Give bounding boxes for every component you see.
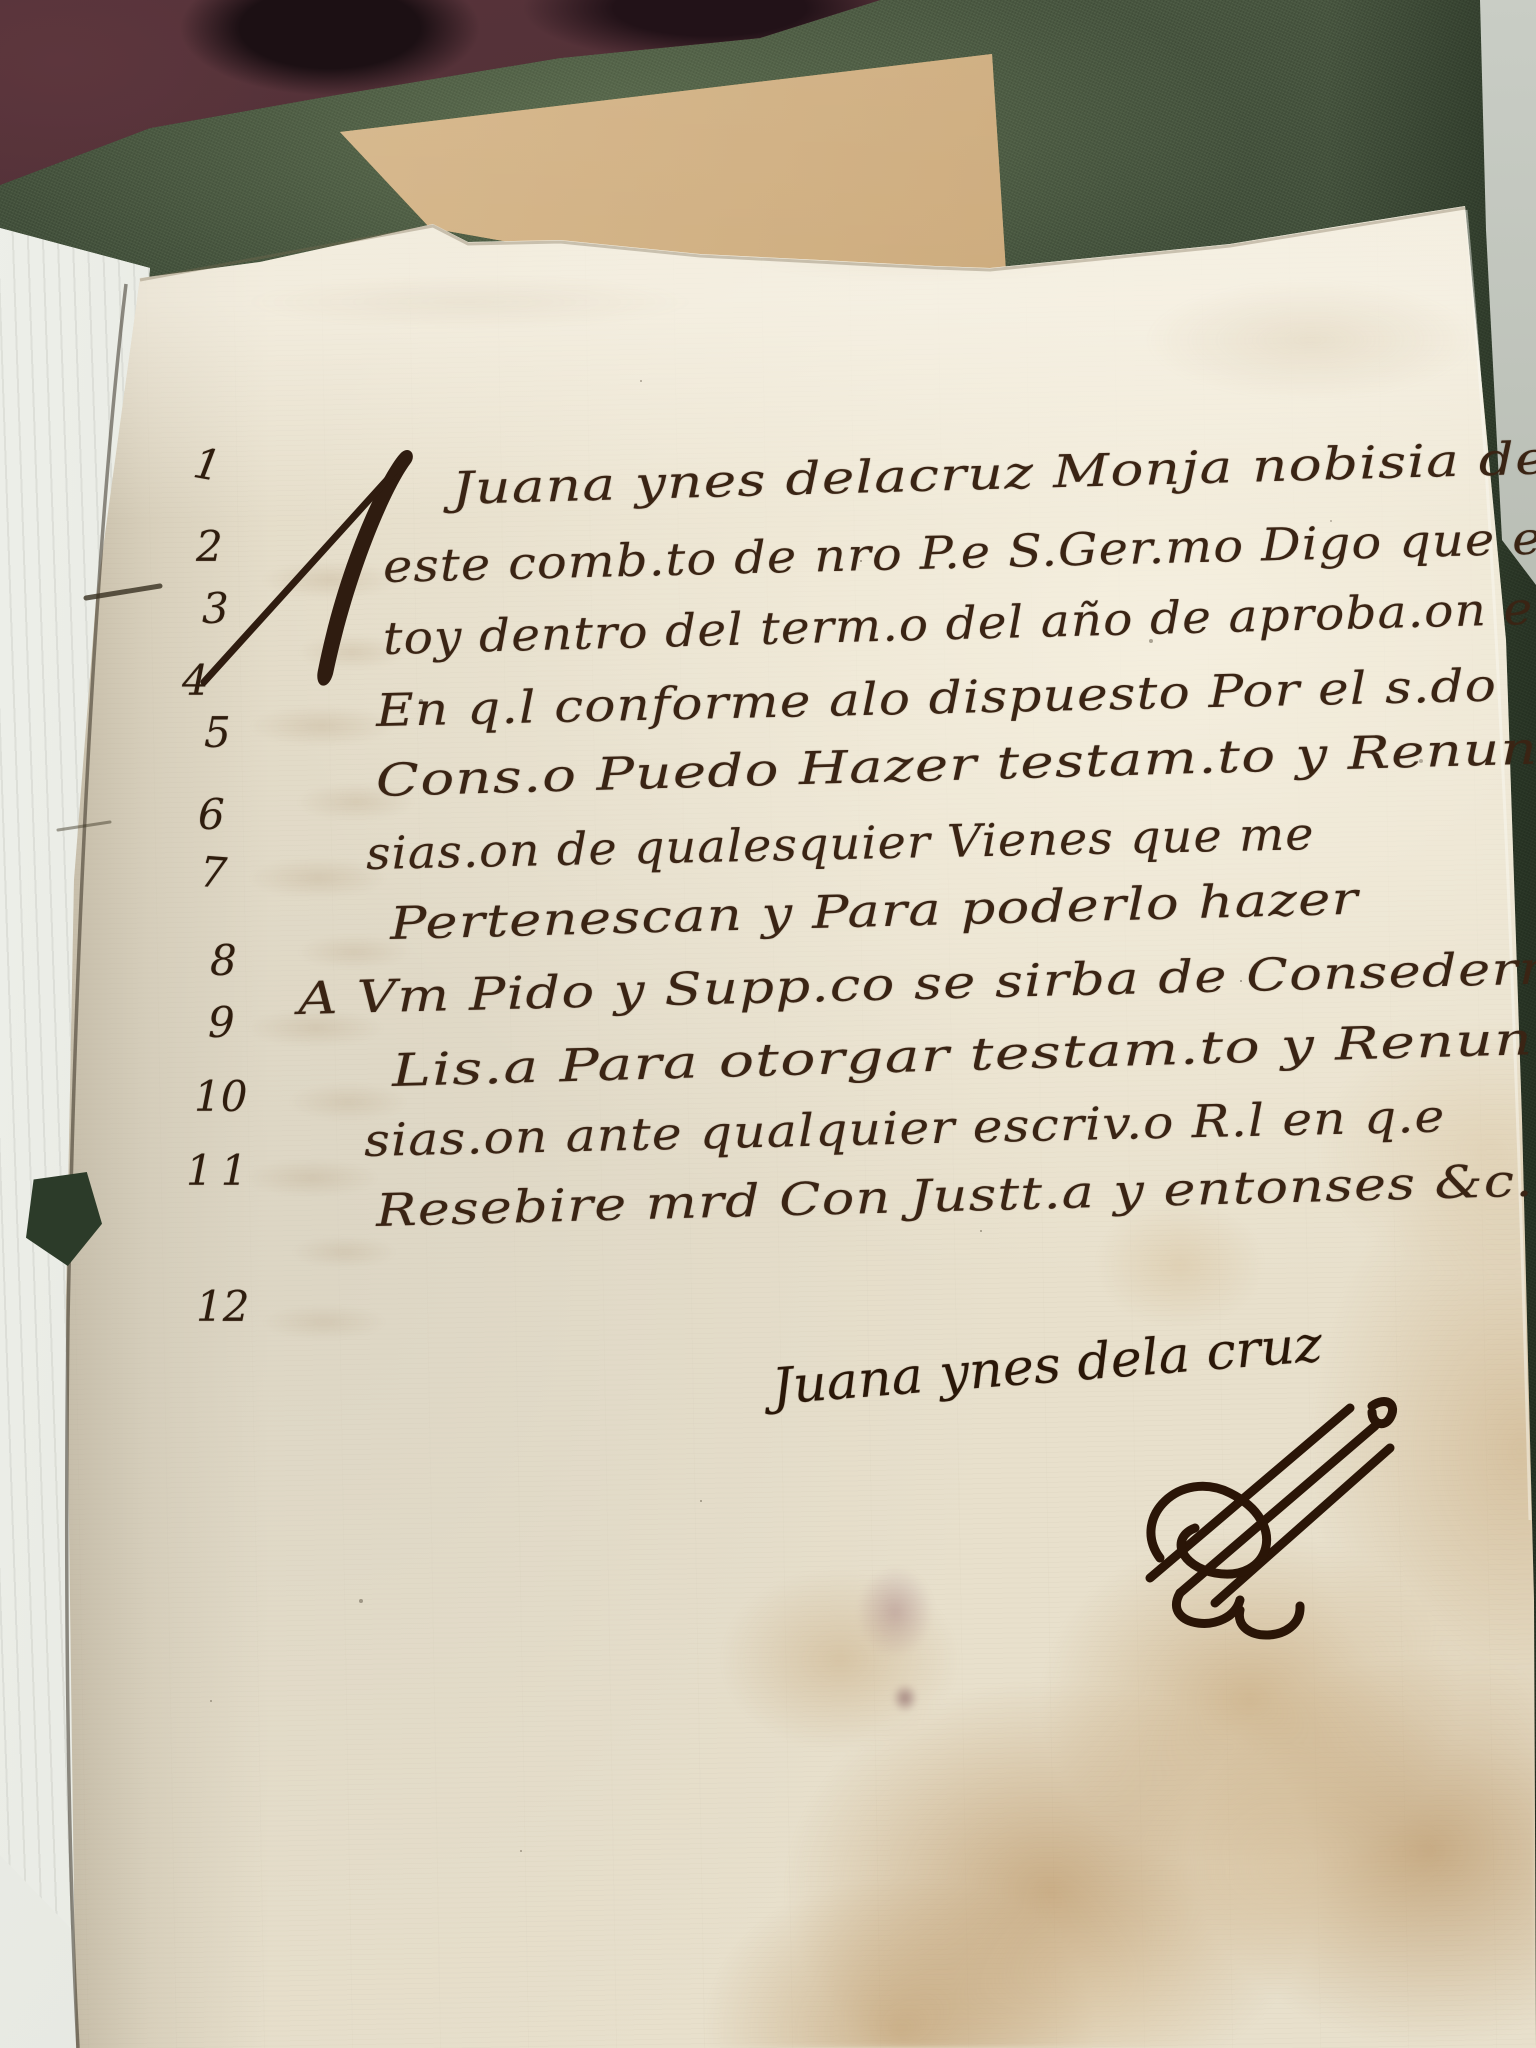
margin-line-number: 4 — [182, 656, 209, 705]
margin-line-number: 8 — [210, 936, 237, 985]
margin-line-number: 5 — [204, 708, 231, 757]
margin-line-number: 11 — [186, 1146, 255, 1195]
signature-rubric — [1120, 1378, 1420, 1608]
photo-of-manuscript: 1 2 3 4 5 6 7 8 9 10 11 12 Juana ynes de… — [0, 0, 1536, 2048]
margin-line-number: 12 — [196, 1282, 249, 1331]
margin-line-number: 6 — [198, 790, 225, 839]
deckle-edge-shadow — [140, 208, 1465, 280]
margin-line-number: 2 — [196, 522, 223, 571]
sleeve-sheen — [1466, 210, 1530, 1520]
margin-line-number: 7 — [198, 847, 228, 898]
margin-line-number: 3 — [202, 584, 229, 633]
gutter-crease-line — [67, 284, 126, 2048]
margin-line-number: 10 — [194, 1072, 247, 1121]
margin-line-number: 9 — [208, 998, 235, 1047]
